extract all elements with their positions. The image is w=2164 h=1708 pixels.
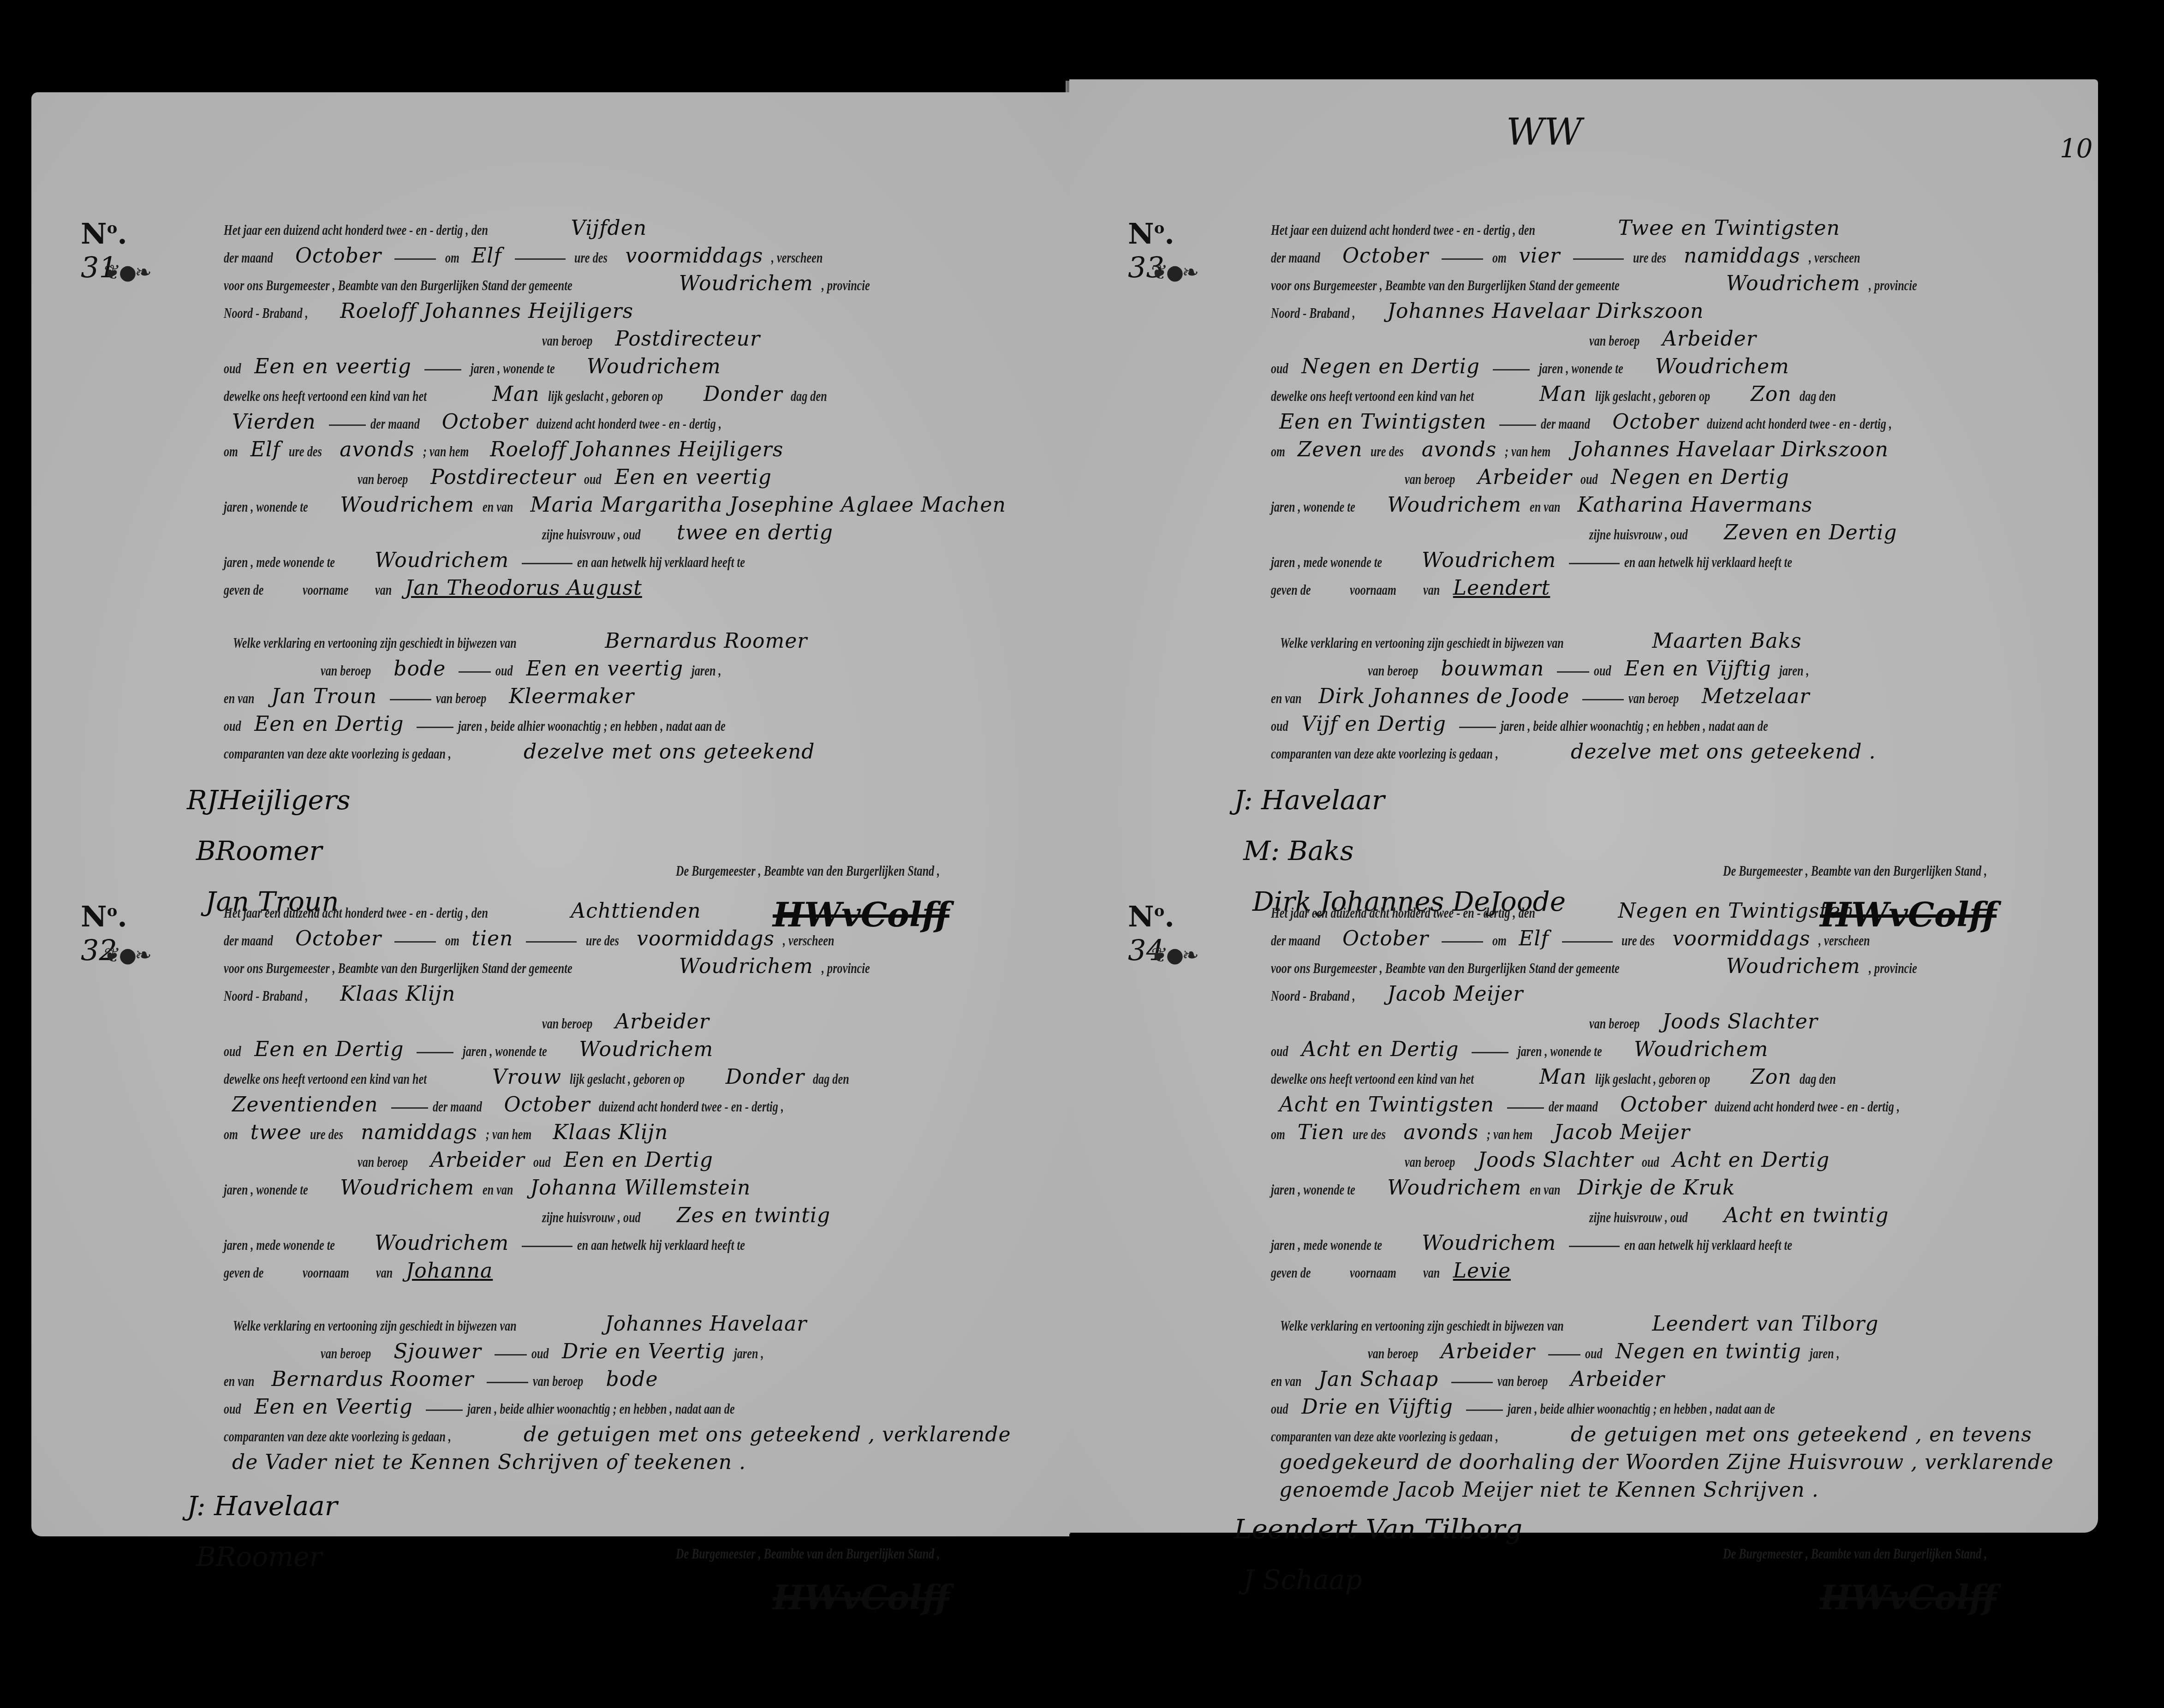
line-birth-date: Zeventiendender maandOctoberduizend acht…: [224, 1096, 836, 1117]
witness-signature: J: Havelaar: [187, 1490, 338, 1522]
line-mother-residence: jaren , mede wonende teWoudrichemen aan …: [1271, 551, 1840, 572]
line-child-sex: dewelke ons heeft vertoond een kind van …: [224, 1068, 859, 1089]
line-father-occupation: van beroepPostdirecteuroudEen en veertig: [358, 468, 780, 489]
line-witness2-age: oudEen en Veertigjaren , beide alhier wo…: [224, 1398, 810, 1419]
witness-signature: J Schaap: [1243, 1564, 1362, 1595]
line-witness2: en vanBernardus Roomervan beroepbode: [224, 1370, 666, 1391]
line-date: Het jaar een duizend acht honderd twee -…: [224, 902, 709, 923]
line-closing: comparanten van deze akte voorlezing is …: [224, 1426, 1019, 1446]
line-mother-age: zijne huisvrouw , oudtwee en dertig: [542, 524, 841, 544]
line-declarant: Noord - Braband ,Johannes Havelaar Dirks…: [1271, 302, 1712, 323]
line-date: Het jaar een duizend acht honderd twee -…: [1271, 902, 1862, 923]
line-birth-date: Een en Twintigstender maandOctoberduizen…: [1271, 413, 1944, 434]
line-occupation: van beroepArbeider: [1589, 330, 1765, 351]
line-time: der maandOctober omtien ure desvoormidda…: [224, 930, 849, 950]
line-declarant: Noord - Braband ,Roeloff Johannes Heijli…: [224, 302, 642, 323]
line-occupation: van beroepJoods Slachter: [1589, 1013, 1826, 1033]
line-witness1: Welke verklaring en vertooning zijn gesc…: [233, 632, 816, 653]
line-closing-2: de Vader niet te Kennen Schrijven of tee…: [224, 1453, 754, 1474]
line-witness2-age: oudEen en Dertigjaren , beide alhier woo…: [224, 715, 801, 736]
line-witness1: Welke verklaring en vertooning zijn gesc…: [1280, 1315, 1887, 1336]
line-witness2-age: oudDrie en Vijftigjaren , beide alhier w…: [1271, 1398, 1850, 1419]
line-child-sex: dewelke ons heeft vertoond een kind van …: [224, 385, 837, 406]
witness-signature: M: Baks: [1243, 835, 1353, 866]
line-mother-age: zijne huisvrouw , oudAcht en twintig: [1589, 1206, 1897, 1227]
official-title: De Burgemeester , Beambte van den Burger…: [1723, 863, 2062, 879]
line-witness1: Welke verklaring en vertooning zijn gesc…: [233, 1315, 815, 1336]
line-birth-date: Vierdender maandOctoberduizend acht hond…: [224, 413, 774, 434]
line-birth-time: omElfure desavonds; van hemRoeloff Johan…: [224, 441, 792, 461]
witness-signature: J: Havelaar: [1234, 784, 1385, 816]
official-title: De Burgemeester , Beambte van den Burger…: [1723, 1546, 2062, 1562]
official-signature: HWvColff: [773, 895, 949, 934]
line-father-occupation: van beroepJoods SlachteroudAcht en Derti…: [1405, 1151, 1838, 1172]
line-mother: jaren , wonende teWoudrichemen vanJohann…: [224, 1179, 759, 1200]
line-gemeente: voor ons Burgemeester , Beambte van den …: [224, 275, 883, 295]
line-age: oudAcht en Dertig jaren , wonende teWoud…: [1271, 1040, 1777, 1061]
line-witness1-details: van beroepArbeideroudNegen en twintigjar…: [1368, 1343, 1848, 1363]
line-father-occupation: van beroepArbeideroudNegen en Dertig: [1405, 468, 1798, 489]
line-mother-age: zijne huisvrouw , oudZeven en Dertig: [1589, 524, 1905, 544]
witness-signature: RJHeijligers: [187, 784, 350, 816]
line-mother-residence: jaren , mede wonende teWoudrichemen aan …: [224, 551, 793, 572]
line-gemeente: voor ons Burgemeester , Beambte van den …: [224, 957, 883, 978]
line-closing: comparanten van deze akte voorlezing is …: [224, 743, 823, 764]
line-closing: comparanten van deze akte voorlezing is …: [1271, 1426, 2040, 1446]
line-date: Het jaar een duizend acht honderd twee -…: [1271, 219, 1848, 240]
line-gemeente: voor ons Burgemeester , Beambte van den …: [1271, 275, 1931, 295]
line-father-occupation: van beroepArbeideroudEen en Dertig: [358, 1151, 721, 1172]
line-witness2: en vanJan Schaapvan beroepArbeider: [1271, 1370, 1673, 1391]
line-age: oudEen en Dertig jaren , wonende teWoudr…: [224, 1040, 721, 1061]
line-witness2: en vanDirk Johannes de Joodevan beroepMe…: [1271, 687, 1818, 708]
line-birth-time: omZevenure desavonds; van hemJohannes Ha…: [1271, 441, 1897, 461]
line-closing-3: genoemde Jacob Meijer niet te Kennen Sch…: [1271, 1481, 1827, 1502]
ornament-icon: ❦●❧: [104, 261, 150, 284]
line-declarant: Noord - Braband ,Klaas Klijn: [224, 985, 464, 1006]
line-time: der maandOctober omElf ure desvoormiddag…: [224, 247, 837, 268]
line-witness1-details: van beroepbodeoudEen en veertigjaren ,: [321, 660, 730, 681]
official-signature: HWvColff: [773, 1578, 949, 1617]
line-birth-time: omtweeure desnamiddags; van hemKlaas Kli…: [224, 1123, 676, 1144]
line-mother-age: zijne huisvrouw , oudZes en twintig: [542, 1206, 839, 1227]
line-gemeente: voor ons Burgemeester , Beambte van den …: [1271, 957, 1931, 978]
ornament-icon: ❦●❧: [1151, 261, 1197, 284]
witness-signature: Leendert Van Tilborg: [1234, 1513, 1522, 1545]
line-time: der maandOctober omElf ure desvoormiddag…: [1271, 930, 1884, 950]
folio-number: 10: [2060, 134, 2092, 164]
line-child-name: geven devoornaamvanJohanna: [224, 1262, 501, 1283]
line-age: oudEen en veertig jaren , wonende teWoud…: [224, 358, 729, 378]
line-age: oudNegen en Dertig jaren , wonende teWou…: [1271, 358, 1798, 378]
line-date: Het jaar een duizend acht honderd twee -…: [224, 219, 655, 240]
line-witness1: Welke verklaring en vertooning zijn gesc…: [1280, 632, 1810, 653]
line-child-sex: dewelke ons heeft vertoond een kind van …: [1271, 385, 1846, 406]
line-occupation: van beroepPostdirecteur: [542, 330, 769, 351]
official-signature: HWvColff: [1820, 1578, 1997, 1617]
witness-signature: BRoomer: [196, 1541, 322, 1572]
official-title: De Burgemeester , Beambte van den Burger…: [676, 1546, 1014, 1562]
ornament-icon: ❦●❧: [1151, 944, 1197, 967]
line-child-sex: dewelke ons heeft vertoond een kind van …: [1271, 1068, 1846, 1089]
line-closing-2: goedgekeurd de doorhaling der Woorden Zi…: [1271, 1453, 2062, 1474]
line-child-name: geven devoornamevanJan Theodorus August: [224, 579, 650, 600]
line-mother-residence: jaren , mede wonende teWoudrichemen aan …: [224, 1234, 793, 1255]
line-birth-date: Acht en Twintigstender maandOctoberduize…: [1271, 1096, 1952, 1117]
line-mother: jaren , wonende teWoudrichemen vanMaria …: [224, 496, 1014, 517]
line-child-name: geven devoornaamvanLeendert: [1271, 579, 1558, 600]
line-occupation: van beroepArbeider: [542, 1013, 718, 1033]
line-birth-time: omTienure desavonds; van hemJacob Meijer: [1271, 1123, 1699, 1144]
line-time: der maandOctober omvier ure desnamiddags…: [1271, 247, 1875, 268]
line-witness2-age: oudVijf en Dertigjaren , beide alhier wo…: [1271, 715, 1843, 736]
line-witness2: en vanJan Trounvan beroepKleermaker: [224, 687, 643, 708]
line-mother: jaren , wonende teWoudrichemen vanKathar…: [1271, 496, 1821, 517]
ornament-icon: ❦●❧: [104, 944, 150, 967]
line-mother: jaren , wonende teWoudrichemen vanDirkje…: [1271, 1179, 1743, 1200]
witness-signature: BRoomer: [196, 835, 322, 866]
official-title: De Burgemeester , Beambte van den Burger…: [676, 863, 1014, 879]
top-mark: WW: [1506, 111, 1582, 154]
line-mother-residence: jaren , mede wonende teWoudrichemen aan …: [1271, 1234, 1840, 1255]
line-declarant: Noord - Braband ,Jacob Meijer: [1271, 985, 1532, 1006]
line-child-name: geven devoornaamvanLevie: [1271, 1262, 1519, 1283]
line-witness1-details: van beroepbouwmanoudEen en Vijftigjaren …: [1368, 660, 1818, 681]
line-closing: comparanten van deze akte voorlezing is …: [1271, 743, 1884, 764]
line-witness1-details: van beroepSjouweroudDrie en Veertigjaren…: [321, 1343, 772, 1363]
